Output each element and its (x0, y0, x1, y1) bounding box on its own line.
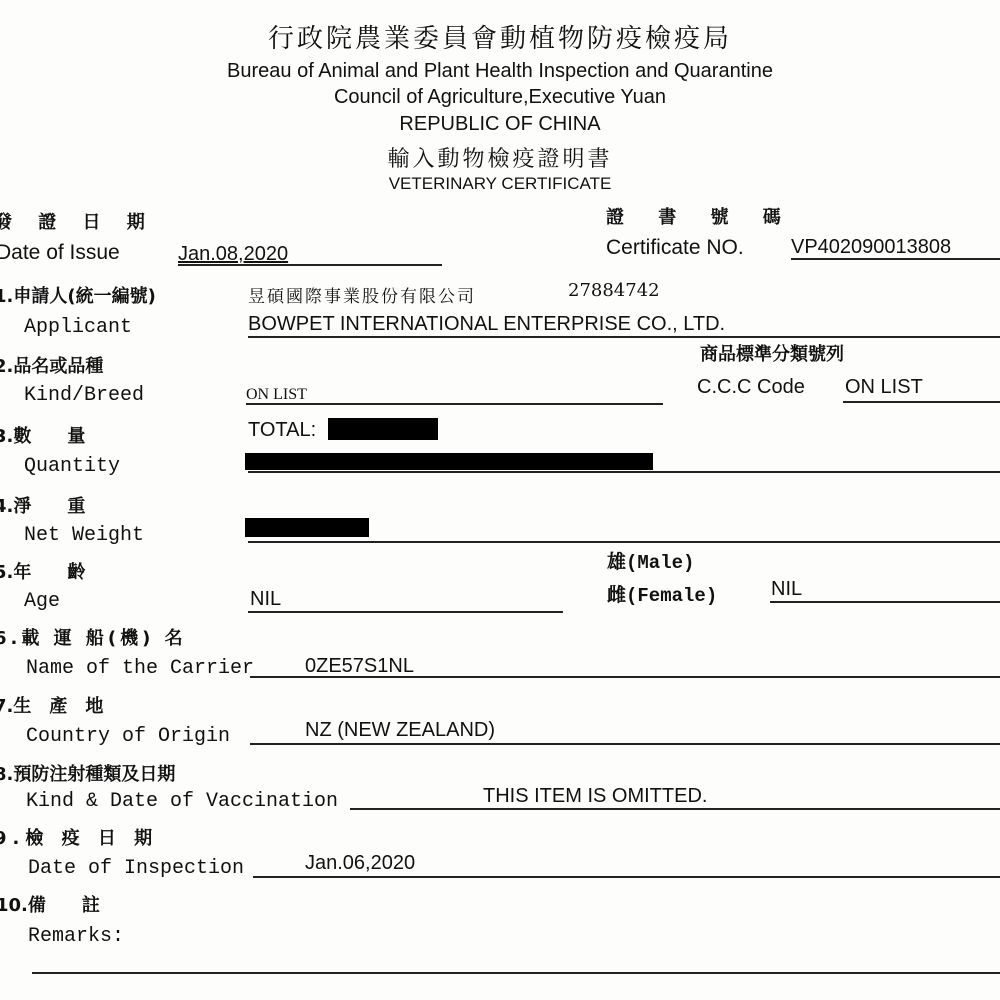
date-of-issue-value: Jan.08,2020 (178, 243, 288, 266)
net-weight-label: Net Weight (24, 524, 144, 547)
ccc-code-value: ON LIST (845, 376, 923, 399)
carrier-value: 0ZE57S1NL (305, 655, 414, 678)
remarks-underline (32, 972, 1000, 974)
certificate-number-label: Certificate NO. (606, 236, 744, 260)
net-weight-redaction (245, 518, 369, 537)
carrier-label: Name of the Carrier (26, 657, 254, 680)
carrier-label-cn: 6.載 運 船(機) 名 (0, 624, 187, 650)
document-title-chinese: 輸入動物檢疫證明書 (0, 142, 1000, 173)
applicant-name-en: BOWPET INTERNATIONAL ENTERPRISE CO., LTD… (248, 313, 725, 336)
quantity-label-cn: 3.數 量 (0, 422, 85, 448)
net-weight-underline (248, 541, 1000, 543)
document-title-english: VETERINARY CERTIFICATE (0, 174, 1000, 194)
inspection-label-cn: 9.檢 疫 日 期 (0, 824, 158, 850)
net-weight-label-cn: 4.淨 重 (0, 492, 85, 518)
vaccination-value: THIS ITEM IS OMITTED. (483, 785, 707, 808)
kind-underline (246, 403, 663, 405)
agency-name-chinese: 行政院農業委員會動植物防疫檢疫局 (0, 18, 1000, 55)
male-label: 雄(Male) (607, 547, 694, 574)
applicant-name-cn: 昱碩國際事業股份有限公司 (248, 282, 476, 307)
kind-label: Kind/Breed (24, 384, 144, 407)
vaccination-underline (350, 808, 1000, 810)
age-label: Age (24, 590, 60, 613)
quantity-total-prefix: TOTAL: (248, 419, 316, 442)
certificate-number-value: VP402090013808 (791, 236, 951, 259)
origin-underline (250, 743, 1000, 745)
applicant-underline (248, 336, 1000, 338)
quantity-detail-redaction (245, 453, 653, 470)
age-underline (248, 611, 563, 613)
inspection-value: Jan.06,2020 (305, 852, 415, 875)
council-name: Council of Agriculture,Executive Yuan (0, 86, 1000, 109)
vaccination-label: Kind & Date of Vaccination (26, 790, 338, 813)
agency-name-english: Bureau of Animal and Plant Health Inspec… (0, 60, 1000, 83)
date-of-issue-label-cn: 發 證 日 期 (0, 208, 155, 234)
country-name: REPUBLIC OF CHINA (0, 113, 1000, 136)
remarks-label-cn: 10.備 註 (0, 891, 100, 917)
inspection-underline (253, 876, 1000, 878)
quantity-underline (248, 471, 1000, 473)
certificate-number-underline (791, 258, 1000, 260)
certificate-number-label-cn: 證 書 號 碼 (606, 203, 795, 229)
ccc-code-label-cn: 商品標準分類號列 (700, 340, 844, 366)
sex-underline (770, 601, 1000, 603)
applicant-label-cn: 1.申請人(統一編號) (0, 282, 156, 308)
origin-value: NZ (NEW ZEALAND) (305, 719, 495, 742)
quantity-label: Quantity (24, 455, 120, 478)
origin-label: Country of Origin (26, 725, 230, 748)
age-label-cn: 5.年 齡 (0, 558, 85, 584)
sex-value: NIL (771, 578, 802, 601)
carrier-underline (250, 676, 1000, 678)
ccc-code-underline (843, 401, 1000, 403)
applicant-tax-id: 27884742 (568, 280, 660, 301)
kind-value: ON LIST (246, 386, 307, 404)
ccc-code-label: C.C.C Code (697, 376, 805, 399)
remarks-label: Remarks: (28, 925, 124, 948)
vaccination-label-cn: 8.預防注射種類及日期 (0, 760, 175, 786)
date-of-issue-underline (178, 264, 442, 266)
quantity-total-redaction (328, 418, 438, 440)
applicant-label: Applicant (24, 316, 132, 339)
inspection-label: Date of Inspection (28, 857, 244, 880)
origin-label-cn: 7.生 產 地 (0, 692, 103, 718)
age-value: NIL (250, 588, 281, 611)
female-label: 雌(Female) (607, 580, 717, 607)
date-of-issue-label: Date of Issue (0, 241, 120, 265)
kind-label-cn: 2.品名或品種 (0, 352, 103, 378)
